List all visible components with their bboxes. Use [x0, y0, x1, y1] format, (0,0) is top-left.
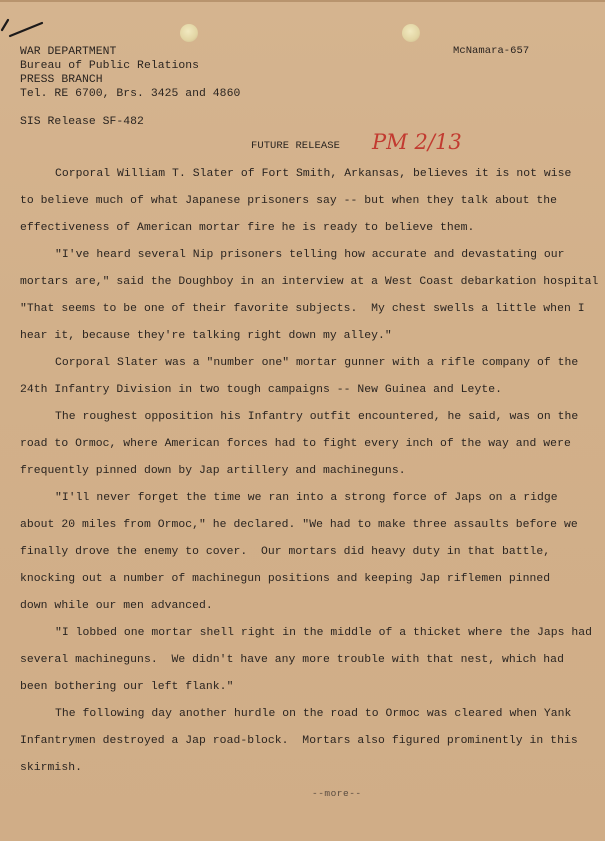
release-label: FUTURE RELEASE: [251, 140, 340, 152]
text-line: to believe much of what Japanese prisone…: [20, 195, 557, 207]
text-line: hear it, because they're talking right d…: [20, 330, 392, 342]
text-line: Corporal Slater was a "number one" morta…: [55, 357, 578, 369]
more-footer: --more--: [312, 788, 362, 799]
text-line: 24th Infantry Division in two tough camp…: [20, 384, 502, 396]
text-line: down while our men advanced.: [20, 600, 213, 612]
text-line: "I've heard several Nip prisoners tellin…: [55, 249, 565, 261]
text-line: frequently pinned down by Jap artillery …: [20, 465, 406, 477]
punch-hole-right: [402, 24, 420, 42]
text-line: The following day another hurdle on the …: [55, 708, 571, 720]
text-line: Corporal William T. Slater of Fort Smith…: [55, 168, 571, 180]
pen-mark-icon: [0, 8, 50, 38]
handwritten-annotation: PM 2/13: [372, 130, 462, 154]
text-line: effectiveness of American mortar fire he…: [20, 222, 474, 234]
reference-number: McNamara-657: [453, 45, 529, 57]
text-line: finally drove the enemy to cover. Our mo…: [20, 546, 550, 558]
release-id: SIS Release SF-482: [20, 116, 144, 128]
text-line: about 20 miles from Ormoc," he declared.…: [20, 519, 578, 531]
header-bureau: Bureau of Public Relations: [20, 60, 199, 72]
document-page: WAR DEPARTMENT Bureau of Public Relation…: [0, 0, 605, 841]
text-line: knocking out a number of machinegun posi…: [20, 573, 550, 585]
text-line: mortars are," said the Doughboy in an in…: [20, 276, 598, 288]
page-edge: [0, 0, 605, 2]
text-line: "That seems to be one of their favorite …: [20, 303, 585, 315]
text-line: been bothering our left flank.": [20, 681, 233, 693]
punch-hole-left: [180, 24, 198, 42]
header-telephone: Tel. RE 6700, Brs. 3425 and 4860: [20, 88, 240, 100]
text-line: road to Ormoc, where American forces had…: [20, 438, 571, 450]
text-line: The roughest opposition his Infantry out…: [55, 411, 578, 423]
header-branch: PRESS BRANCH: [20, 74, 103, 86]
text-line: "I'll never forget the time we ran into …: [55, 492, 558, 504]
text-line: several machineguns. We didn't have any …: [20, 654, 564, 666]
header-department: WAR DEPARTMENT: [20, 46, 116, 58]
text-line: skirmish.: [20, 762, 82, 774]
text-line: Infantrymen destroyed a Jap road-block. …: [20, 735, 578, 747]
text-line: "I lobbed one mortar shell right in the …: [55, 627, 592, 639]
